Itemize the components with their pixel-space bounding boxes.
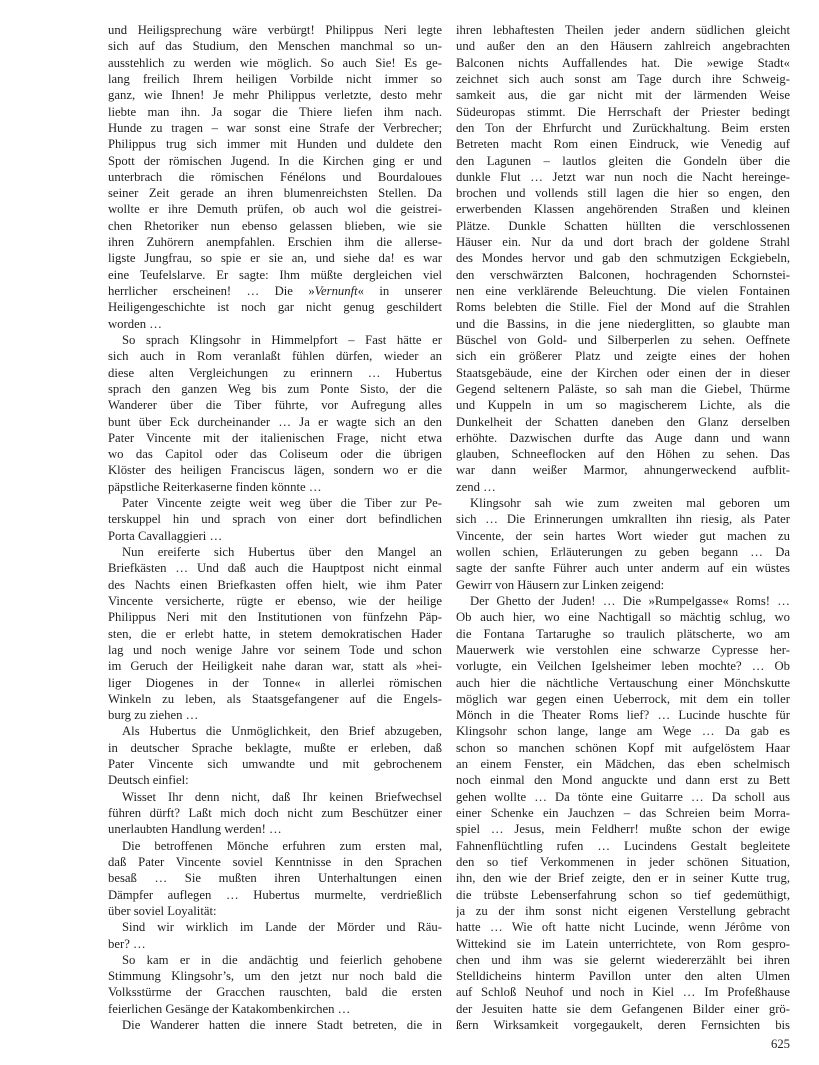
text-line: vorlugte, ein Veilchen Igelsheimer leben… (456, 658, 790, 674)
text-line: erhöhte. Dazwischen durfte das Auge dann… (456, 430, 790, 446)
text-line: war dann weißer Marmor, ahnungerweckend … (456, 462, 790, 478)
text-line: Briefkästen … Und daß auch die Hauptpost… (108, 560, 442, 576)
text-line: in deutscher Sprache beklagte, mußte er … (108, 740, 442, 756)
text-column-right: ihren lebhaftesten Theilen jeder andern … (456, 22, 790, 1033)
text-column-left: und Heiligsprechung wäre verbürgt! Phili… (108, 22, 442, 1033)
text-line: Klingsohr schon lange, lange am Wege … D… (456, 723, 790, 739)
text-line: eine Teufelslarve. Er sagte: Ihm müßte d… (108, 267, 442, 283)
book-page: und Heiligsprechung wäre verbürgt! Phili… (0, 0, 819, 1065)
text-line: des Nachts einen Briefkasten offen hielt… (108, 577, 442, 593)
text-line: den so tief Verkommenen in jeder schönen… (456, 854, 790, 870)
text-line: Ob auch hier, wo eine Nachtigall so mäch… (456, 609, 790, 625)
text-line: an einem Fenster, ein Mädchen, das eben … (456, 756, 790, 772)
text-line: Gegend seltenern Paläste, so sah man die… (456, 381, 790, 397)
text-line: Wisset Ihr denn nicht, daß Ihr keinen Br… (108, 789, 442, 805)
text-line: Nun ereiferte sich Hubertus über den Man… (108, 544, 442, 560)
text-line: den Lagunen – lautlos gleiten die Gondel… (456, 153, 790, 169)
text-line: Spott der römischen Jugend. In die Kirch… (108, 153, 442, 169)
text-line: Der Ghetto der Juden! … Die »Rumpelgasse… (456, 593, 790, 609)
text-line: unerlaubten Handlung werden! … (108, 821, 442, 837)
text-line: Porta Cavallaggieri … (108, 528, 442, 544)
text-line: Winkeln zu leben, als Staatsgefangener a… (108, 691, 442, 707)
text-line: sten, die er erlebt hatte, in stetem dem… (108, 626, 442, 642)
text-line: zeichnet sich auch sonst am Tage durch i… (456, 71, 790, 87)
text-line: spiel … Jesus, mein Feldherr! mußte scho… (456, 821, 790, 837)
text-line: Häuser ein. Nur da und dort brach der go… (456, 234, 790, 250)
text-line: Südeuropas stimmt. Die Herrschaft der Pr… (456, 104, 790, 120)
text-line: Als Hubertus die Unmöglichkeit, den Brie… (108, 723, 442, 739)
text-line: der Jesuiten hatte sie dem Gefangenen Bi… (456, 1001, 790, 1017)
text-line: wo das Capitol oder das Coliseum oder di… (108, 446, 442, 462)
text-line: ihn, den wie der Brief zeigte, den er in… (456, 870, 790, 886)
page-number: 625 (771, 1036, 790, 1052)
text-line: Roms belebten die Stille. Fiel der Mond … (456, 299, 790, 315)
text-line: Betreten macht Rom einen Eindruck, wie V… (456, 136, 790, 152)
text-line: ber? … (108, 936, 442, 952)
text-line: besaß … Sie mußten ihren Unterhaltungen … (108, 870, 442, 886)
text-line: Balconen nichts Auffallendes hat. Die »e… (456, 55, 790, 71)
text-line: die Fontana Tartarughe so traulich pläts… (456, 626, 790, 642)
text-line: im Geruch der Heiligkeit nahe daran war,… (108, 658, 442, 674)
text-line: und außer den an den Häusern zahlreich a… (456, 38, 790, 54)
text-line: herrlicher erscheinen! … Die »Vernunft« … (108, 283, 442, 299)
text-line: daß Pater Vincente soviel Kenntnisse in … (108, 854, 442, 870)
text-line: und Heiligsprechung wäre verbürgt! Phili… (108, 22, 442, 38)
text-line: liger Diogenes in der Tonne« in allerlei… (108, 675, 442, 691)
text-line: auf Schloß Neuhof und noch in Kiel … Im … (456, 984, 790, 1000)
text-line: ßern Wirksamkeit vorgegaukelt, deren Fer… (456, 1017, 790, 1033)
text-line: chen und ihm was sie gelernt wiedererzäh… (456, 952, 790, 968)
text-line: und die Bassins, in die jene niederglitt… (456, 316, 790, 332)
text-line: brochen und vollends still lagen die hie… (456, 185, 790, 201)
text-line: Philippus Neri mit den Institutionen von… (108, 609, 442, 625)
text-line: Stimmung Klingsohr’s, um den jetzt nur n… (108, 968, 442, 984)
text-line: sich ein größerer Platz und zeigte eines… (456, 348, 790, 364)
text-line: Pater Vincente zeigte weit weg über die … (108, 495, 442, 511)
text-line: ganz, wie Ihnen! Je mehr Philippus verle… (108, 87, 442, 103)
text-line: ausstehlich zu werden wie möglich. So au… (108, 55, 442, 71)
text-line: ligste Jungfrau, so spie er sie an, und … (108, 250, 442, 266)
text-line: und Kuppeln in um so magischerem Lichte,… (456, 397, 790, 413)
text-line: Vincente, der sein hartes Wort wieder gu… (456, 528, 790, 544)
text-line: wollte er ihre Demuth prüfen, ob auch wo… (108, 201, 442, 217)
text-line: sich auf das Studium, den Menschen manch… (108, 38, 442, 54)
text-line: den verschwärzten Balconen, hochragenden… (456, 267, 790, 283)
text-line: Pater Vincente mit der italienischen Fra… (108, 430, 442, 446)
text-line: liebte man ihn. Ja sogar die Thiere lief… (108, 104, 442, 120)
text-columns: und Heiligsprechung wäre verbürgt! Phili… (108, 22, 790, 1033)
text-line: Mönch in die Theater Roms lief? … Lucind… (456, 707, 790, 723)
text-line: Vincente versicherte, rügte er ebenso, w… (108, 593, 442, 609)
text-line: den Ton der Ehrfurcht und Zurückhaltung.… (456, 120, 790, 136)
text-line: Mauerwerk wie verstohlen eine schwarze C… (456, 642, 790, 658)
text-line: seiner Zeit gerade an ihren blumenreichs… (108, 185, 442, 201)
text-line: sich … Die Erinnerungen umkrallten ihn r… (456, 511, 790, 527)
text-line: Deutsch einfiel: (108, 772, 442, 788)
text-line: terskuppel hin und sprach von einer dort… (108, 511, 442, 527)
text-line: wollen schien, Erläuterungen zu geben be… (456, 544, 790, 560)
text-line: Dämpfer auflegen … Hubertus murmelte, ve… (108, 887, 442, 903)
text-line: erwerbenden Klassen angehörenden Straßen… (456, 201, 790, 217)
text-line: Die Wanderer hatten die innere Stadt bet… (108, 1017, 442, 1033)
text-line: noch einmal den Mond anguckte und dann e… (456, 772, 790, 788)
text-line: unterbrach die römischen Fénélons und Bo… (108, 169, 442, 185)
text-line: chen Rhetoriker nun ebenso gelassen blie… (108, 218, 442, 234)
text-line: päpstliche Reiterkaserne finden könnte … (108, 479, 442, 495)
text-line: einer Schenke ein Jauchzen – das Schreie… (456, 805, 790, 821)
text-line: Büschel von Gold- und Silberperlen zu se… (456, 332, 790, 348)
text-line: Klingsohr sah wie zum zweiten mal gebore… (456, 495, 790, 511)
text-line: worden … (108, 316, 442, 332)
text-line: auch hier die nächtliche Vertauschung ei… (456, 675, 790, 691)
text-line: burg zu ziehen … (108, 707, 442, 723)
text-line: Die betroffenen Mönche erfuhren zum erst… (108, 838, 442, 854)
text-line: Plätze. Dunkle Schatten hüllten die vers… (456, 218, 790, 234)
text-line: ihren lebhaftesten Theilen jeder andern … (456, 22, 790, 38)
text-line: die trübste Lebenserfahrung schon so tie… (456, 887, 790, 903)
text-line: Philippus trug sich immer mit Hunden und… (108, 136, 442, 152)
text-line: Dunkelheit der Schatten daneben den Glan… (456, 414, 790, 430)
text-line: nen eine verklärende Beleuchtung. Die vi… (456, 283, 790, 299)
text-line: über soviel Loyalität: (108, 903, 442, 919)
text-line: lag und noch wenige Jahre vor seinem Tod… (108, 642, 442, 658)
text-line: Volksstürme der Gracchen rauschten, bald… (108, 984, 442, 1000)
text-line: So kam er in die andächtig und feierlich… (108, 952, 442, 968)
text-line: Wittekind sie im Latein unterrichtete, v… (456, 936, 790, 952)
text-line: Heiligengeschichte ist noch gar nicht ge… (108, 299, 442, 315)
text-line: bunt über Eck durcheinander … Ja er wagt… (108, 414, 442, 430)
text-line: Pater Vincente sich umwandte und mit geb… (108, 756, 442, 772)
text-line: Staatsgebäude, eine der Kirchen oder ein… (456, 365, 790, 381)
text-line: Fahnenflüchtling rufen … Lucindens Gesta… (456, 838, 790, 854)
text-line: Sind wir wirklich im Lande der Mörder un… (108, 919, 442, 935)
text-line: diese alten Vergleichungen zu erinnern …… (108, 365, 442, 381)
text-line: zend … (456, 479, 790, 495)
text-line: glauben, Schneeflocken auf den Höhen zu … (456, 446, 790, 462)
text-line: ihren Zuhörern anempfahlen. Erschien ihm… (108, 234, 442, 250)
text-line: Stelldicheins hinterm Pavillon unter den… (456, 968, 790, 984)
text-line: des Mondes hervor und gab den schmutzige… (456, 250, 790, 266)
text-line: samkeit aus, die gar nicht mit der lärme… (456, 87, 790, 103)
text-line: sagte der sanfte Führer auch unter ander… (456, 560, 790, 576)
text-line: Hunde zu tragen – war sonst eine Strafe … (108, 120, 442, 136)
text-line: schon so manchen schönen Kopf mit aufgel… (456, 740, 790, 756)
text-line: Klöster des heiligen Franciscus lägen, s… (108, 462, 442, 478)
text-line: hatte … Wie oft hatte nicht Lucinde, wen… (456, 919, 790, 935)
text-line: dunkle Flut … Jetzt war nun noch die Nac… (456, 169, 790, 185)
text-line: feierlichen Gesänge der Katakombenkirche… (108, 1001, 442, 1017)
text-line: Gewirr von Häusern zur Linken zeigend: (456, 577, 790, 593)
text-line: lang freilich Ihrem heiligen Vorbilde ni… (108, 71, 442, 87)
text-line: So sprach Klingsohr in Himmelpfort – Fas… (108, 332, 442, 348)
text-line: ja zu der ihm sonst nicht eigenen Verste… (456, 903, 790, 919)
text-line: möglich war gegen einen Ueberrock, mit d… (456, 691, 790, 707)
text-line: führen dürft? Laßt mich doch nicht zum B… (108, 805, 442, 821)
text-line: sich auch in Rom veranlaßt fühlen dürfen… (108, 348, 442, 364)
text-line: sprach den ganzen Weg bis zum Ponte Sist… (108, 381, 442, 397)
text-line: gehen wollte … Da tönte eine Guitarre … … (456, 789, 790, 805)
text-line: Wanderer über die Tiber führte, vor Aufr… (108, 397, 442, 413)
